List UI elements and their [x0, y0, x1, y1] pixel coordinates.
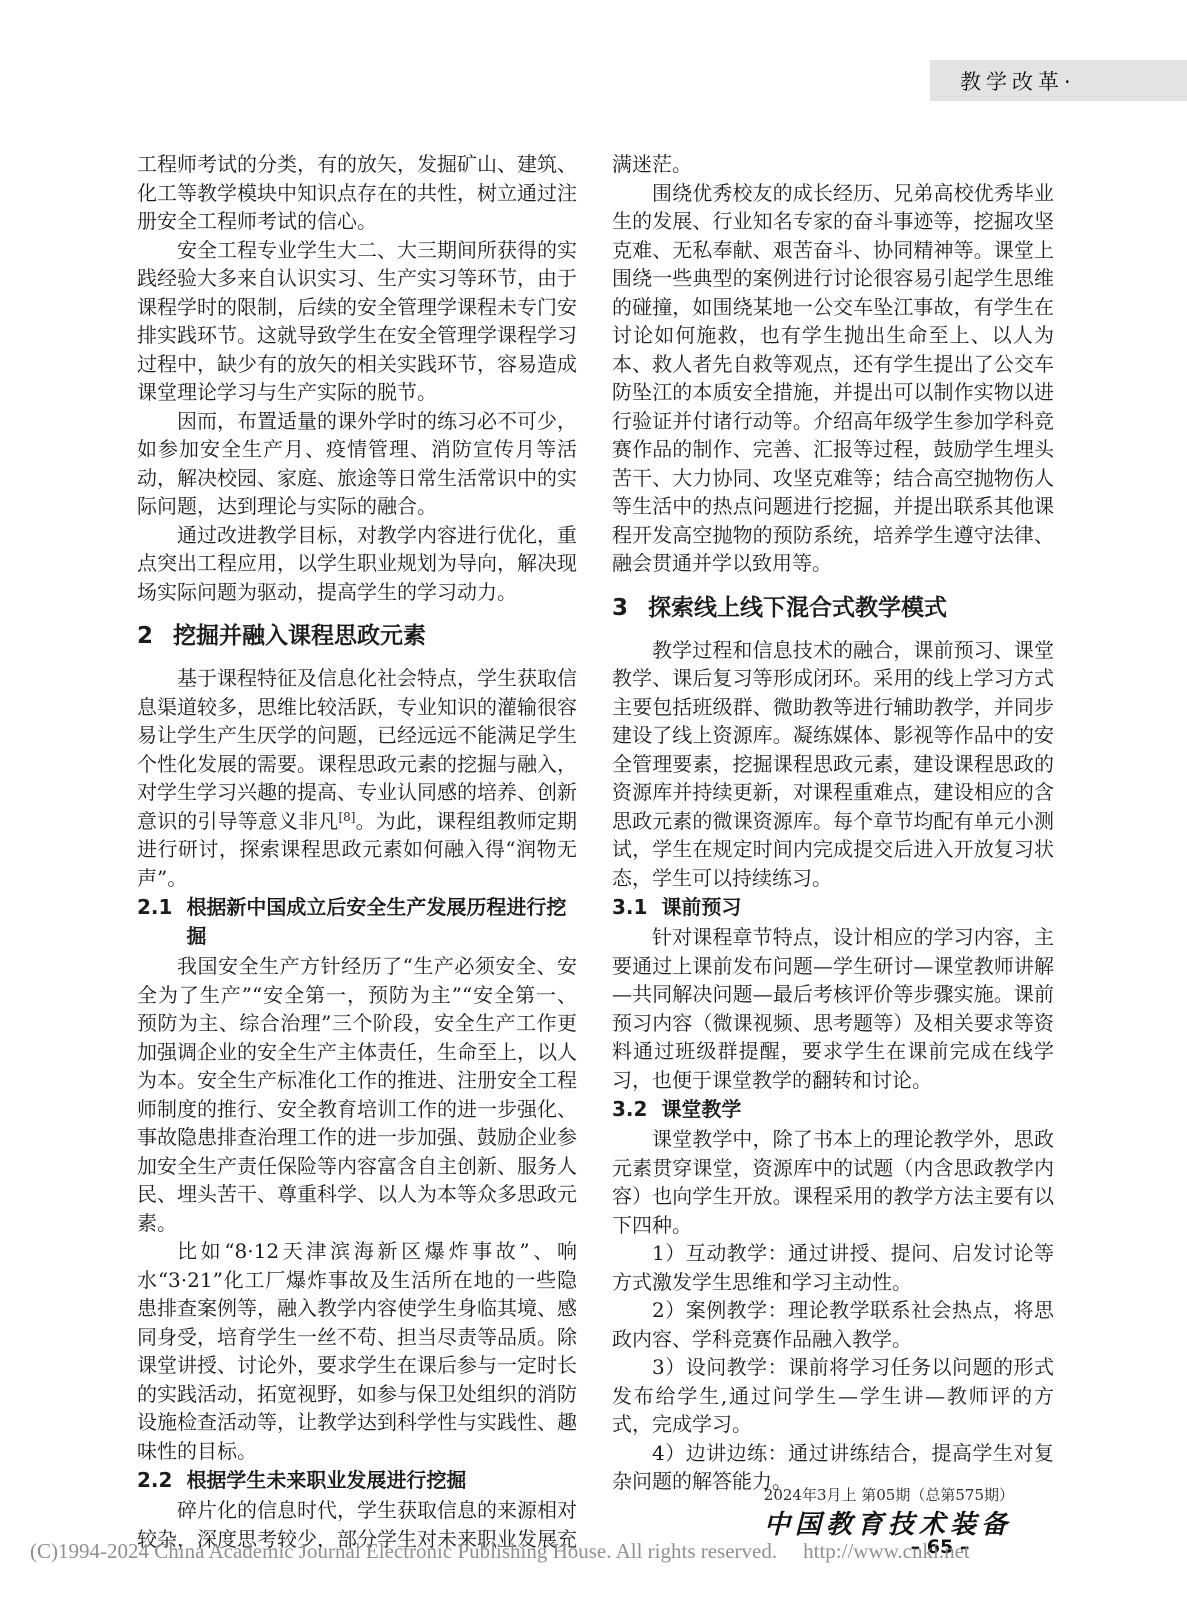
paragraph: 课堂教学中，除了书本上的理论教学外，思政元素贯穿课堂，资源库中的试题（内含思政教… — [612, 1125, 1054, 1239]
right-column: 满迷茫。 围绕优秀校友的成长经历、兄弟高校优秀毕业生的发展、行业知名专家的奋斗事… — [612, 150, 1054, 1496]
section-heading-3: 3 探索线上线下混合式教学模式 — [612, 593, 1054, 623]
footer-issue-line: 2024年3月上 第05期（总第575期） — [612, 1484, 1014, 1505]
paragraph: 安全工程专业学生大二、大三期间所获得的实践经验大多来自认识实习、生产实习等环节，… — [137, 236, 577, 407]
subsection-heading-2-1: 2.1 根据新中国成立后安全生产发展历程进行挖掘 — [137, 893, 577, 951]
copyright-watermark: (C)1994-2024 China Academic Journal Elec… — [30, 1539, 930, 1564]
paragraph: 围绕优秀校友的成长经历、兄弟高校优秀毕业生的发展、行业知名专家的奋斗事迹等，挖掘… — [612, 179, 1054, 578]
subsection-number: 2.2 — [137, 1466, 172, 1495]
subsection-number: 3.1 — [612, 893, 647, 922]
list-item: 1）互动教学：通过讲授、提问、启发讨论等方式激发学生思维和学习主动性。 — [612, 1239, 1054, 1296]
subsection-title: 课前预习 — [661, 893, 741, 922]
section-tag-label: 教学改革· — [960, 66, 1076, 96]
reference-marker: [8] — [338, 810, 355, 824]
paragraph: 我国安全生产方针经历了“生产必须安全、安全为了生产”“安全第一，预防为主”“安全… — [137, 952, 577, 1237]
subsection-title: 课堂教学 — [661, 1095, 741, 1124]
paragraph: 针对课程章节特点，设计相应的学习内容，主要通过上课前发布问题—学生研讨—课堂教师… — [612, 923, 1054, 1094]
section-title: 探索线上线下混合式教学模式 — [648, 593, 947, 623]
section-heading-2: 2 挖掘并融入课程思政元素 — [137, 621, 577, 651]
left-column: 工程师考试的分类，有的放矢，发掘矿山、建筑、化工等教学模块中知识点存在的共性，树… — [137, 150, 577, 1553]
subsection-heading-2-2: 2.2 根据学生未来职业发展进行挖掘 — [137, 1466, 577, 1495]
cnki-url: http://www.cnki.net — [803, 1539, 970, 1563]
paragraph: 教学过程和信息技术的融合，课前预习、课堂教学、课后复习等形成闭环。采用的线上学习… — [612, 636, 1054, 893]
paragraph: 基于课程特征及信息化社会特点，学生获取信息渠道较多，思维比较活跃，专业知识的灌输… — [137, 664, 577, 892]
subsection-heading-3-1: 3.1 课前预习 — [612, 893, 1054, 922]
paragraph: 比如“8·12天津滨海新区爆炸事故”、响水“3·21”化工厂爆炸事故及生活所在地… — [137, 1237, 577, 1465]
subsection-number: 3.2 — [612, 1095, 647, 1124]
paragraph: 满迷茫。 — [612, 150, 1054, 179]
copyright-text: (C)1994-2024 China Academic Journal Elec… — [30, 1539, 777, 1563]
subsection-title: 根据学生未来职业发展进行挖掘 — [186, 1466, 466, 1495]
section-title: 挖掘并融入课程思政元素 — [173, 621, 426, 651]
paragraph: 因而，布置适量的课外学时的练习必不可少，如参加安全生产月、疫情管理、消防宣传月等… — [137, 407, 577, 521]
subsection-title: 根据新中国成立后安全生产发展历程进行挖掘 — [186, 893, 577, 951]
list-item: 2）案例教学：理论教学联系社会热点，将思政内容、学科竞赛作品融入教学。 — [612, 1296, 1054, 1353]
journal-page: 教学改革· 工程师考试的分类，有的放矢，发掘矿山、建筑、化工等教学模块中知识点存… — [0, 0, 1187, 1600]
paragraph: 通过改进教学目标，对教学内容进行优化，重点突出工程应用，以学生职业规划为导向，解… — [137, 521, 577, 607]
section-number: 3 — [612, 593, 628, 623]
section-number: 2 — [137, 621, 153, 651]
subsection-heading-3-2: 3.2 课堂教学 — [612, 1095, 1054, 1124]
paragraph: 工程师考试的分类，有的放矢，发掘矿山、建筑、化工等教学模块中知识点存在的共性，树… — [137, 150, 577, 236]
list-item: 3）设问教学：课前将学习任务以问题的形式发布给学生,通过问学生—学生讲—教师评的… — [612, 1353, 1054, 1439]
subsection-number: 2.1 — [137, 893, 172, 951]
section-tag-box: 教学改革· — [930, 60, 1187, 101]
